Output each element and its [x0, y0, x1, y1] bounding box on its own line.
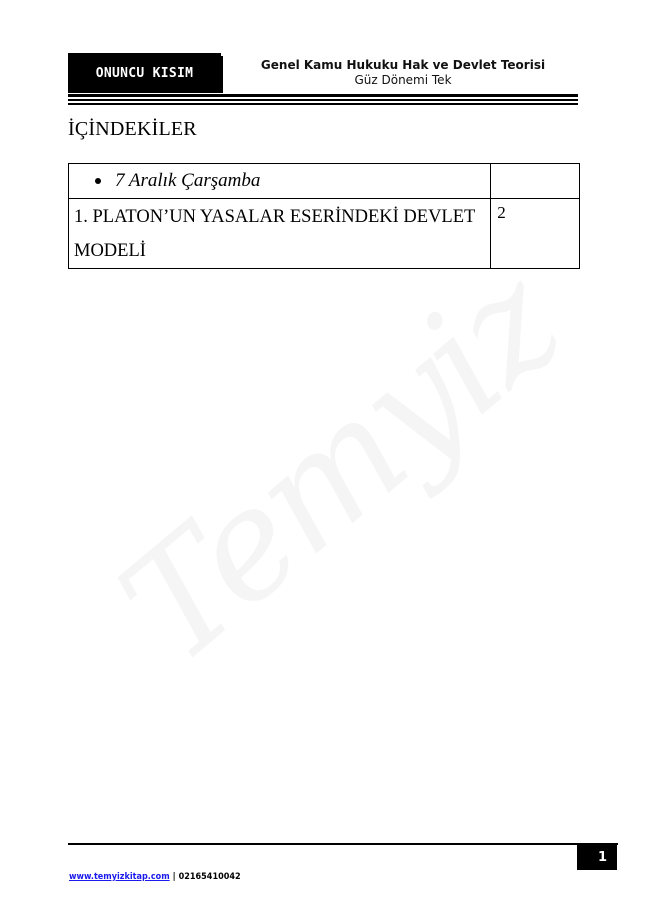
course-subtitle: Güz Dönemi Tek	[228, 73, 578, 88]
toc-page-cell	[491, 164, 580, 199]
toc-date-label[interactable]: 7 Aralık Çarşamba	[115, 170, 260, 192]
toc-page-cell: 2	[491, 199, 580, 269]
toc-entry-cell: 1. PLATON’UN YASALAR ESERİNDEKİ DEVLET M…	[69, 199, 491, 269]
header-rule	[68, 103, 578, 105]
course-title: Genel Kamu Hukuku Hak ve Devlet Teorisi	[228, 58, 578, 73]
footer-rule	[68, 843, 618, 845]
toc-row[interactable]: 7 Aralık Çarşamba	[69, 164, 580, 199]
footer-contact: www.temyizkitap.com|02165410042	[69, 872, 241, 882]
toc-entry-label[interactable]: 1. PLATON’UN YASALAR ESERİNDEKİ DEVLET M…	[69, 199, 490, 268]
toc-entry-cell: 7 Aralık Çarşamba	[69, 164, 491, 199]
bullet-icon	[95, 178, 101, 184]
toc-heading: İÇİNDEKİLER	[68, 118, 197, 141]
page-header: ONUNCU KISIM Genel Kamu Hukuku Hak ve De…	[68, 53, 578, 103]
section-label-box: ONUNCU KISIM	[68, 53, 221, 93]
header-divider	[221, 56, 223, 93]
toc-page-number[interactable]: 2	[491, 199, 579, 225]
watermark: Temyiz	[70, 220, 611, 713]
header-titles: Genel Kamu Hukuku Hak ve Devlet Teorisi …	[228, 58, 578, 88]
toc-row[interactable]: 1. PLATON’UN YASALAR ESERİNDEKİ DEVLET M…	[69, 199, 580, 269]
toc-table: 7 Aralık Çarşamba 1. PLATON’UN YASALAR E…	[68, 163, 580, 269]
header-rule	[68, 99, 578, 101]
footer-separator: |	[173, 872, 176, 882]
page-number: 1	[577, 845, 617, 870]
header-rule	[68, 94, 578, 97]
phone-number: 02165410042	[179, 872, 241, 882]
section-label: ONUNCU KISIM	[96, 66, 194, 81]
website-link[interactable]: www.temyizkitap.com	[69, 872, 170, 882]
